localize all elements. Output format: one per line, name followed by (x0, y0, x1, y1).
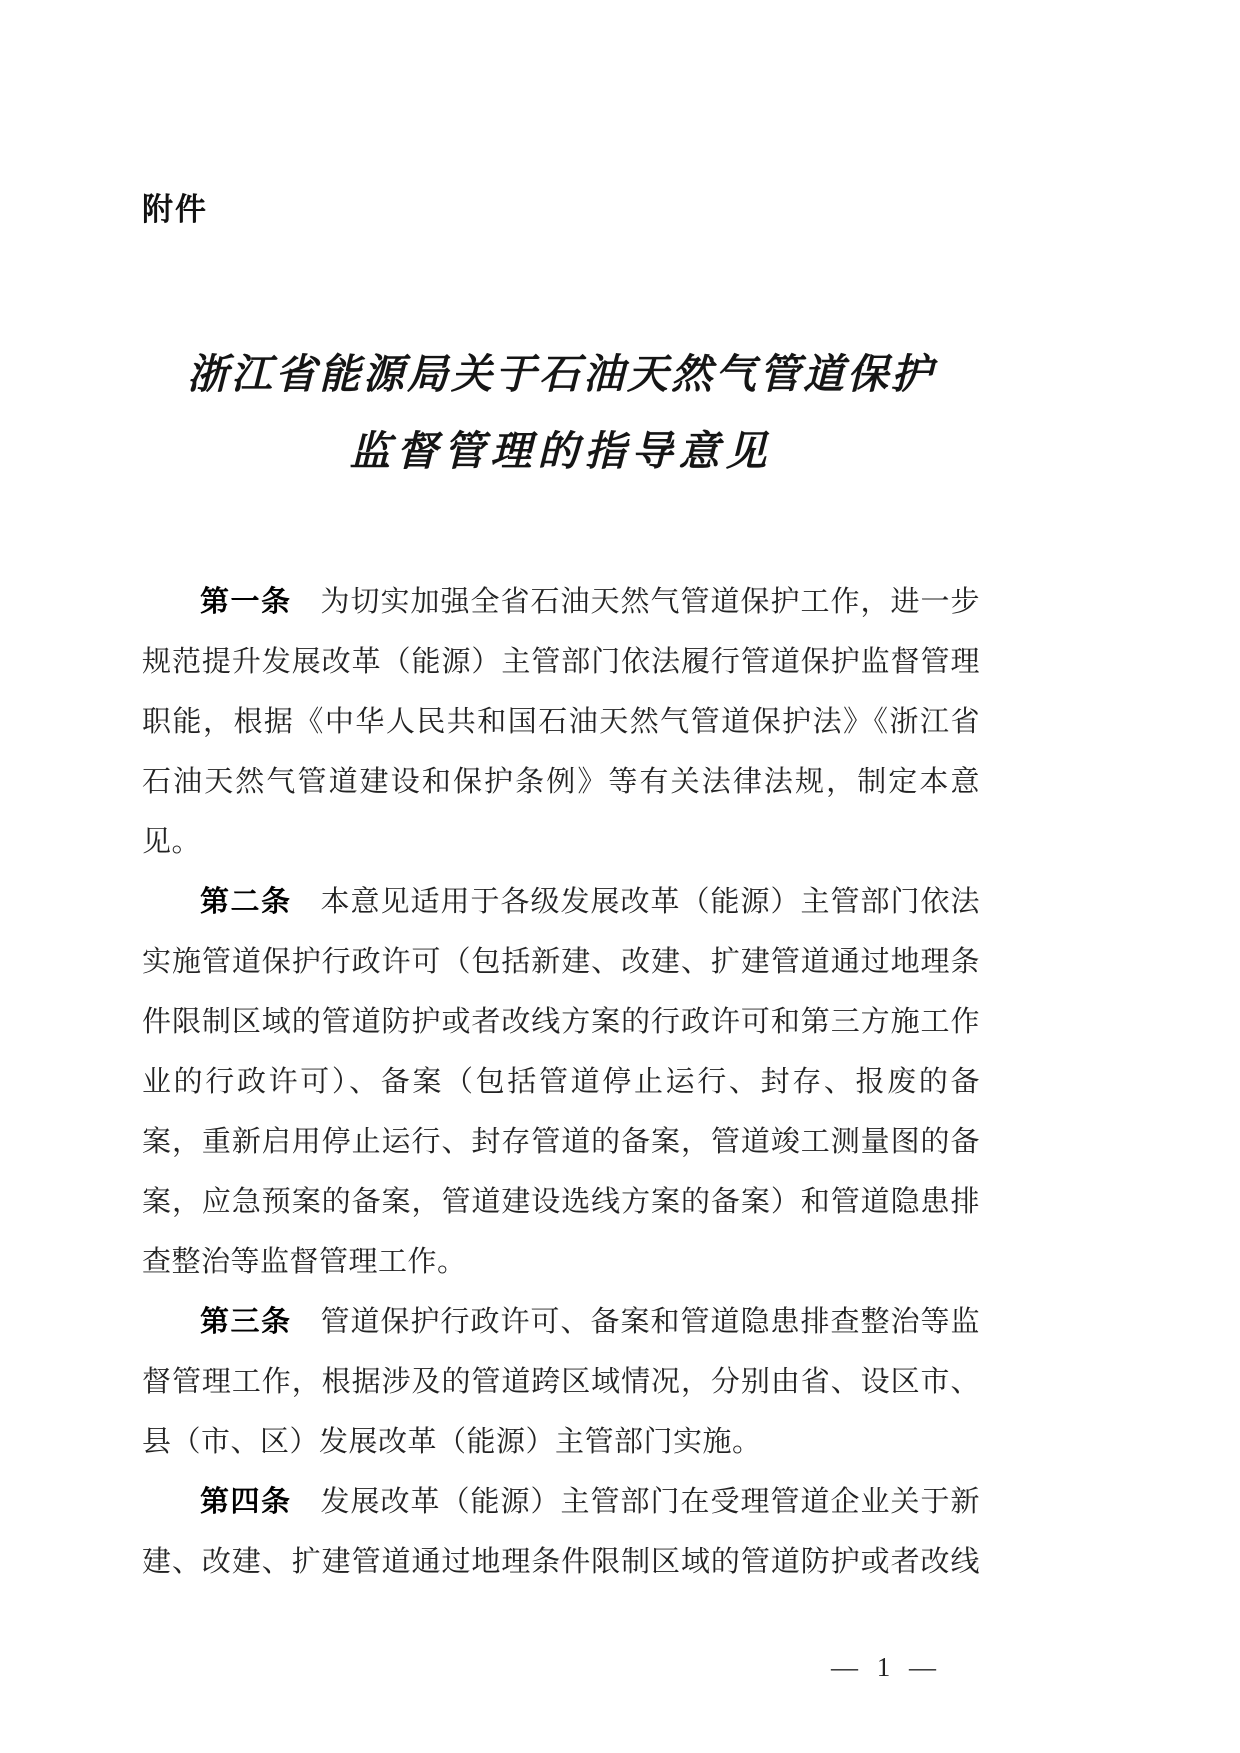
article-4-label: 第四条 (200, 1486, 292, 1518)
article-2-paragraph: 第二条本意见适用于各级发展改革（能源）主管部门依法实施管道保护行政许可（包括新建… (142, 872, 980, 1292)
page-number: — 1 — (831, 1652, 942, 1683)
article-3-paragraph: 第三条管道保护行政许可、备案和管道隐患排查整治等监督管理工作，根据涉及的管道跨区… (142, 1292, 980, 1472)
title-line-1: 浙江省能源局关于石油天然气管道保护 (142, 336, 980, 413)
article-2-text: 本意见适用于各级发展改革（能源）主管部门依法实施管道保护行政许可（包括新建、改建… (142, 886, 980, 1278)
article-1-paragraph: 第一条为切实加强全省石油天然气管道保护工作，进一步规范提升发展改革（能源）主管部… (142, 572, 980, 872)
article-2-label: 第二条 (200, 886, 292, 918)
attachment-label: 附件 (142, 184, 208, 229)
article-3-label: 第三条 (200, 1306, 292, 1338)
document-body: 第一条为切实加强全省石油天然气管道保护工作，进一步规范提升发展改革（能源）主管部… (142, 572, 980, 1592)
article-1-label: 第一条 (200, 586, 292, 618)
article-4-paragraph: 第四条发展改革（能源）主管部门在受理管道企业关于新建、改建、扩建管道通过地理条件… (142, 1472, 980, 1592)
document-title: 浙江省能源局关于石油天然气管道保护 监督管理的指导意见 (142, 336, 980, 490)
article-1-text: 为切实加强全省石油天然气管道保护工作，进一步规范提升发展改革（能源）主管部门依法… (142, 586, 980, 858)
document-page: 附件 浙江省能源局关于石油天然气管道保护 监督管理的指导意见 第一条为切实加强全… (0, 0, 1240, 1753)
title-line-2: 监督管理的指导意见 (142, 413, 980, 490)
